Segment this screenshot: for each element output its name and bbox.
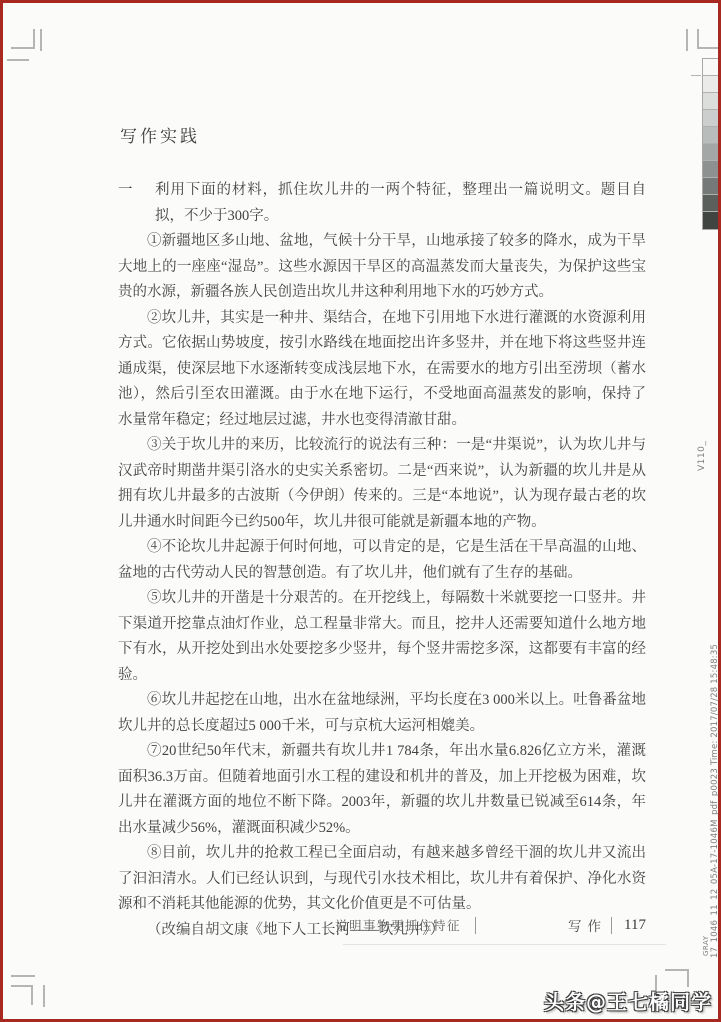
scanned-textbook-page: V110_ 17_1046_11_12_05A-17-1046M_pdf_p00…: [0, 0, 721, 1022]
footer-section-title: 说明事物要抓住特征: [335, 916, 461, 934]
material-paragraphs: ①新疆地区多山地、盆地，气候十分干旱，山地承接了较多的降水，成为干旱大地上的一座…: [118, 229, 646, 943]
watermark: 头条@王七橘同学: [544, 986, 712, 1015]
crop-mark-bottom-left: [11, 985, 33, 987]
grayscale-step: [703, 195, 719, 212]
material-paragraph: ⑤坎儿井的开凿是十分艰苦的。在开挖线上，每隔数十米就要挖一口竖井。井下渠道开挖靠…: [118, 586, 646, 688]
section-heading: 写作实践: [120, 124, 646, 150]
grayscale-bar: [702, 58, 720, 230]
grayscale-step: [703, 161, 719, 178]
crop-mark-bottom-left: [31, 985, 33, 1005]
crop-mark-top-left: [33, 29, 35, 49]
grayscale-step: [703, 178, 719, 195]
exercise-number: 一: [118, 178, 155, 229]
crop-mark-top-right: [691, 75, 701, 76]
footer-divider: [475, 917, 476, 934]
footer-rule: [343, 944, 666, 945]
footer-page-number: 117: [624, 917, 646, 934]
grayscale-step: [703, 76, 719, 93]
crop-mark-top-right: [686, 29, 688, 51]
exercise-item: 一 利用下面的材料，抓住坎儿井的一两个特征，整理出一篇说明文。题目自拟，不少于3…: [118, 178, 646, 229]
grayscale-step: [703, 144, 719, 161]
crop-mark-bottom-left: [11, 975, 35, 977]
page-content: 写作实践 一 利用下面的材料，抓住坎儿井的一两个特征，整理出一篇说明文。题目自拟…: [118, 124, 646, 943]
crop-mark-top-left: [7, 59, 29, 61]
crop-mark-top-right: [697, 47, 721, 49]
material-paragraph: ⑦20世纪50年代末，新疆共有坎儿井1 784条，年出水量6.826亿立方米，灌…: [118, 739, 646, 841]
grayscale-step: [703, 110, 719, 127]
material-paragraph: ①新疆地区多山地、盆地，气候十分干旱，山地承接了较多的降水，成为干旱大地上的一座…: [118, 229, 646, 306]
grayscale-step: [703, 93, 719, 110]
material-paragraph: ②坎儿井，其实是一种井、渠结合，在地下引用地下水进行灌溉的水资源利用方式。它依据…: [118, 306, 646, 434]
grayscale-step: [703, 127, 719, 144]
crop-mark-top-left: [11, 47, 35, 49]
crop-mark-top-left: [40, 29, 42, 51]
exercise-prompt: 利用下面的材料，抓住坎儿井的一两个特征，整理出一篇说明文。题目自拟，不少于300…: [155, 178, 646, 229]
footer-chapter-label: 写作: [568, 915, 607, 935]
footer-divider: [611, 917, 612, 934]
crop-mark-bottom-right: [665, 969, 689, 971]
scan-file-stamp: 17_1046_11_12_05A-17-1046M_pdf_p0023 Tim…: [710, 644, 720, 958]
scan-gray-label: GRAY: [702, 935, 710, 956]
scan-version-label: V110_: [697, 441, 707, 471]
grayscale-step: [703, 212, 719, 229]
material-paragraph: ④不论坎儿井起源于何时何地，可以肯定的是，它是生活在干旱高温的山地、盆地的古代劳…: [118, 535, 646, 586]
material-paragraph: ⑧目前，坎儿井的抢救工程已全面启动，有越来越多曾经干涸的坎儿井又流出了汩汩清水。…: [118, 841, 646, 918]
grayscale-step: [703, 59, 719, 76]
page-footer: 说明事物要抓住特征 写作 117: [118, 915, 646, 935]
crop-mark-bottom-right: [687, 969, 689, 987]
crop-mark-top-right: [697, 29, 699, 49]
material-paragraph: ③关于坎儿井的来历，比较流行的说法有三种：一是“井渠说”，认为坎儿井与汉武帝时期…: [118, 433, 646, 535]
material-paragraph: ⑥坎儿井起挖在山地，出水在盆地绿洲，平均长度在3 000米以上。吐鲁番盆地坎儿井…: [118, 688, 646, 739]
crop-mark-bottom-left: [43, 985, 45, 1007]
